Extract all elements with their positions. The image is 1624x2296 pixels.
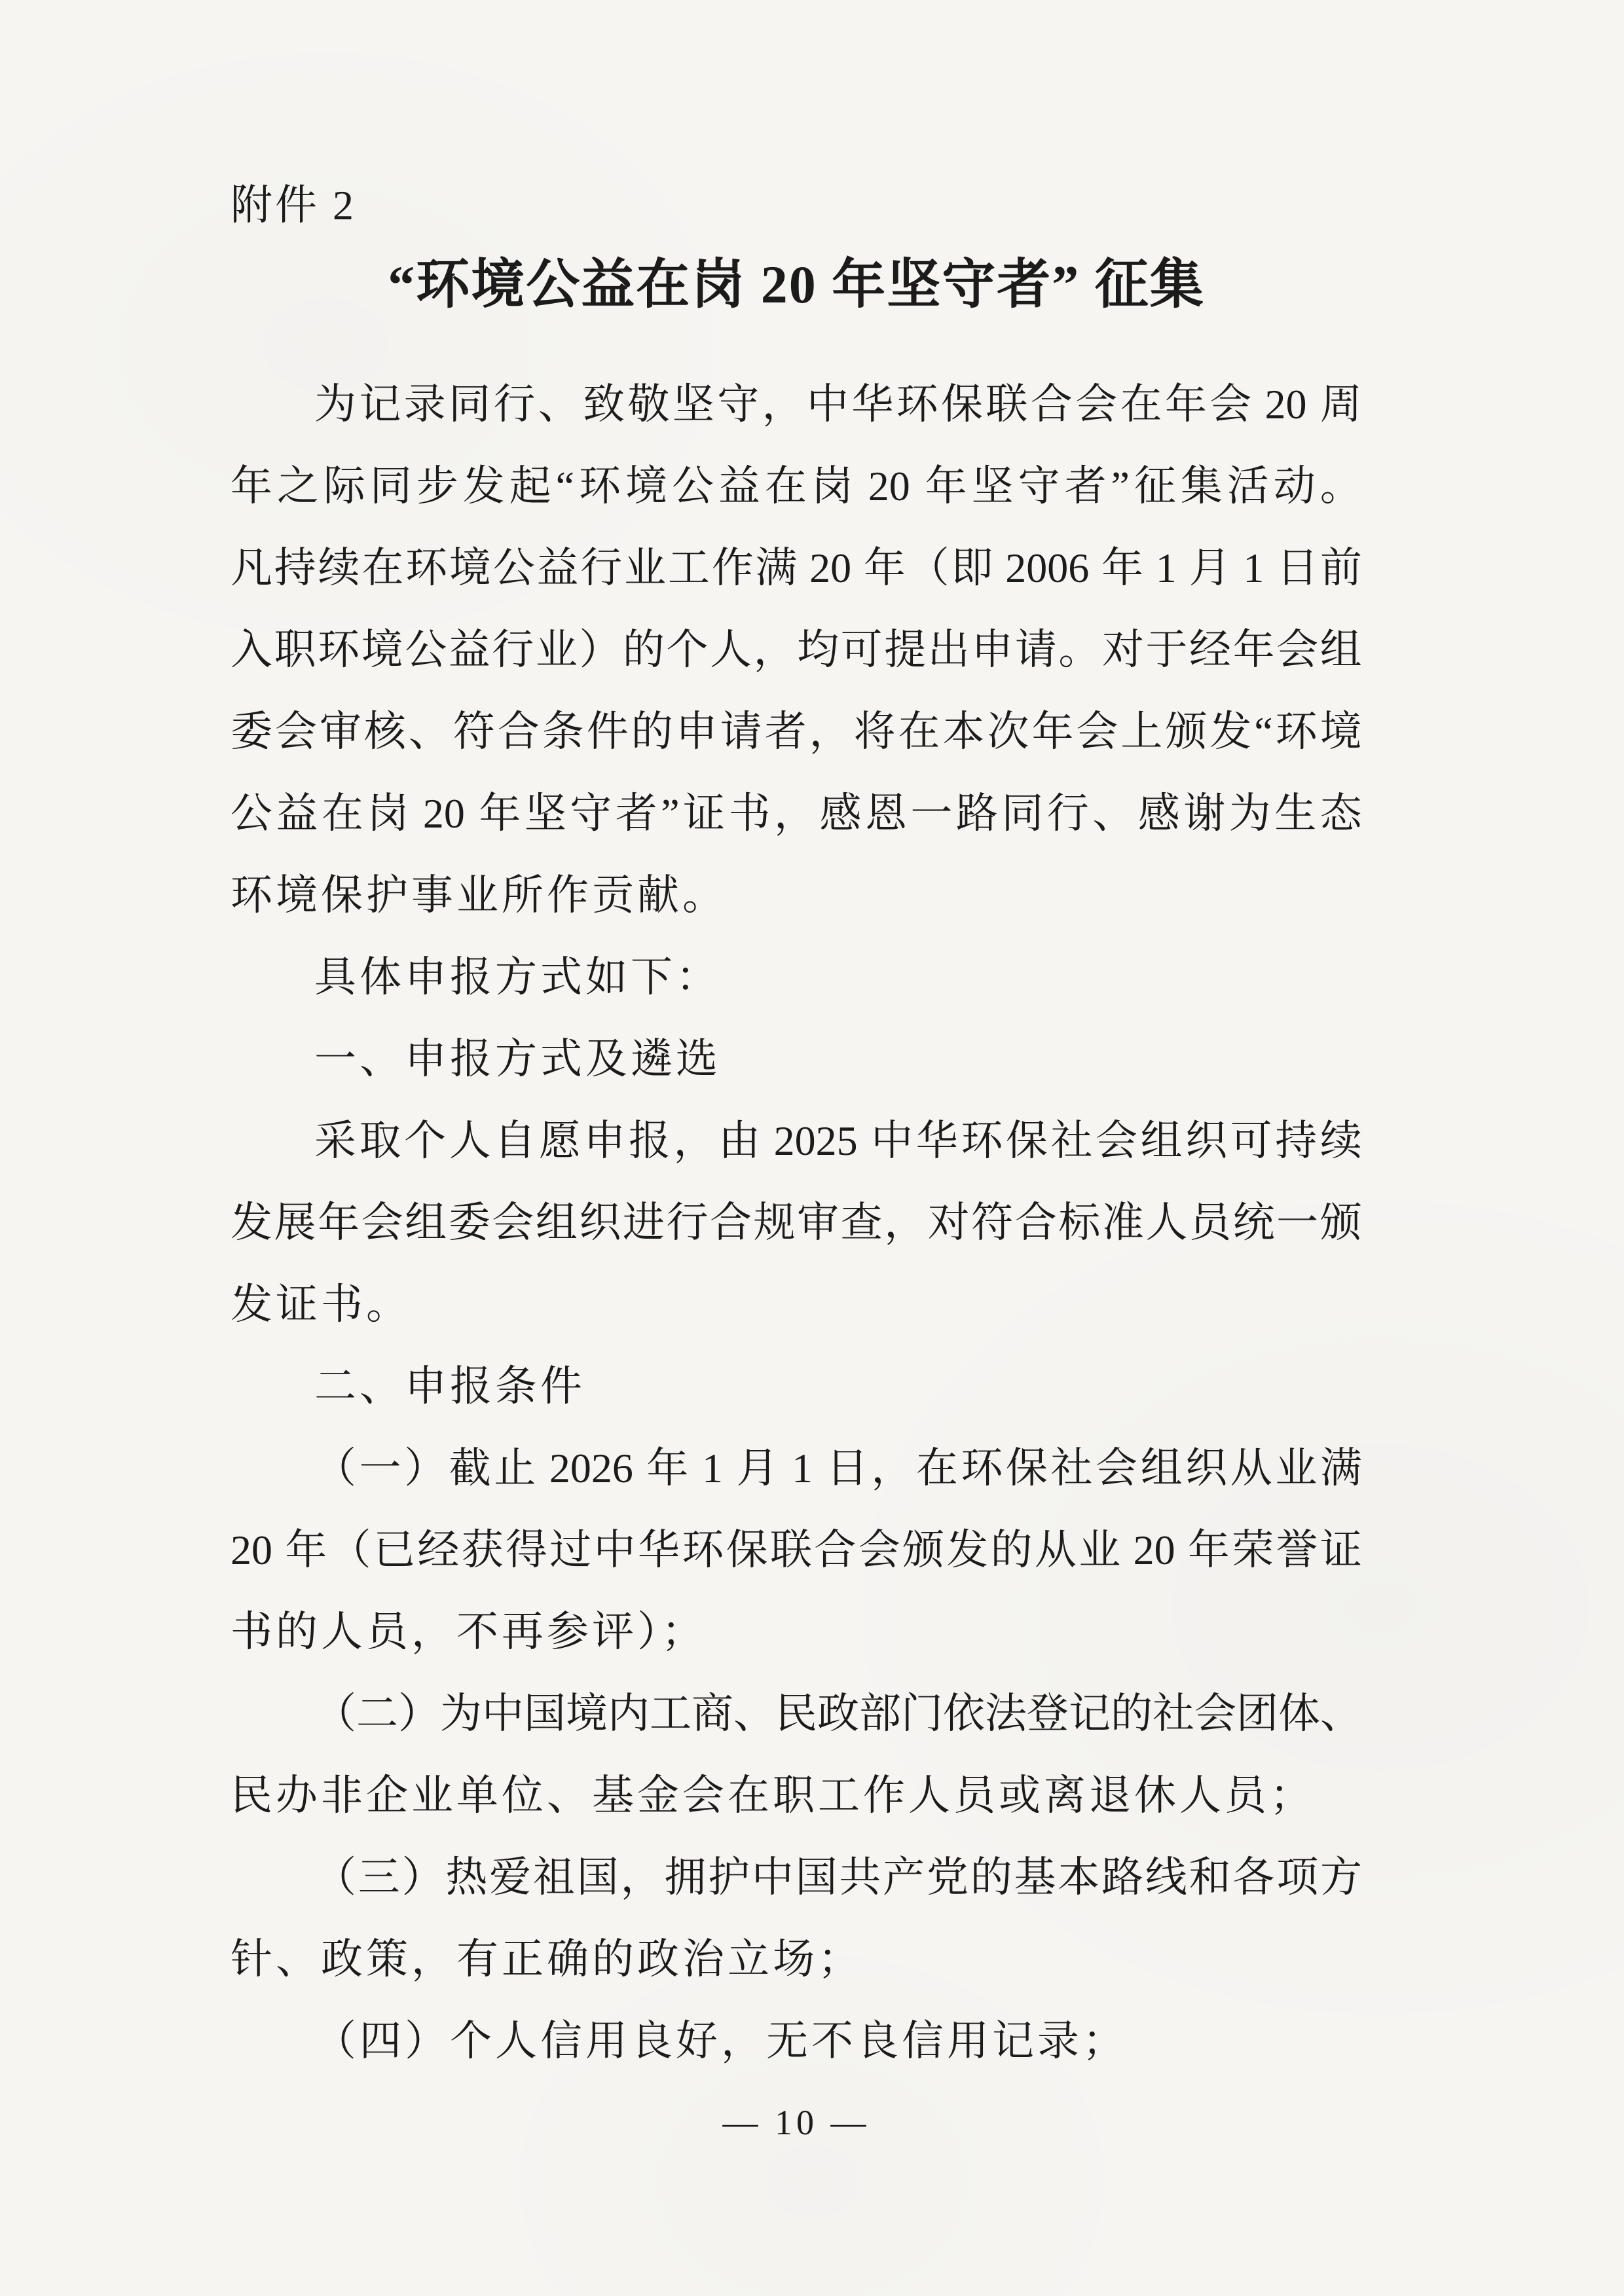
text-line: （四）个人信用良好，无不良信用记录； [231, 2000, 1362, 2082]
text-line: （一）截止 2026 年 1 月 1 日，在环保社会组织从业满 [231, 1427, 1362, 1509]
text-line: 发展年会组委会组织进行合规审查，对符合标准人员统一颁 [231, 1182, 1362, 1264]
text-line: 为记录同行、致敬坚守，中华环保联合会在年会 20 周 [231, 363, 1362, 445]
text-line: （二）为中国境内工商、民政部门依法登记的社会团体、 [231, 1673, 1362, 1755]
text-line: 入职环境公益行业）的个人，均可提出申请。对于经年会组 [231, 609, 1362, 691]
document-title: “环境公益在岗 20 年坚守者” 征集 [231, 244, 1362, 326]
text-line: 年之际同步发起“环境公益在岗 20 年坚守者”征集活动。 [231, 445, 1362, 527]
text-line: 20 年（已经获得过中华环保联合会颁发的从业 20 年荣誉证 [231, 1509, 1362, 1591]
document-body: 为记录同行、致敬坚守，中华环保联合会在年会 20 周年之际同步发起“环境公益在岗… [231, 363, 1362, 2082]
text-line: 采取个人自愿申报，由 2025 中华环保社会组织可持续 [231, 1100, 1362, 1182]
text-line: （三）热爱祖国，拥护中国共产党的基本路线和各项方 [231, 1836, 1362, 1918]
page-number: — 10 — [723, 2103, 870, 2142]
document-page: 附件 2 “环境公益在岗 20 年坚守者” 征集 为记录同行、致敬坚守，中华环保… [0, 0, 1624, 2296]
text-line: 二、申报条件 [231, 1345, 1362, 1427]
text-line: 凡持续在环境公益行业工作满 20 年（即 2006 年 1 月 1 日前 [231, 527, 1362, 609]
text-line: 委会审核、符合条件的申请者，将在本次年会上颁发“环境 [231, 691, 1362, 773]
text-line: 环境保护事业所作贡献。 [231, 854, 1362, 936]
text-line: 公益在岗 20 年坚守者”证书，感恩一路同行、感谢为生态 [231, 773, 1362, 854]
text-line: 民办非企业单位、基金会在职工作人员或离退休人员； [231, 1755, 1362, 1836]
text-line: 针、政策，有正确的政治立场； [231, 1918, 1362, 2000]
text-line: 具体申报方式如下： [231, 936, 1362, 1018]
attachment-label: 附件 2 [231, 178, 356, 233]
text-line: 发证书。 [231, 1264, 1362, 1345]
text-line: 书的人员，不再参评）； [231, 1591, 1362, 1673]
page-footer: — 10 — [231, 2098, 1362, 2147]
text-line: 一、申报方式及遴选 [231, 1018, 1362, 1100]
